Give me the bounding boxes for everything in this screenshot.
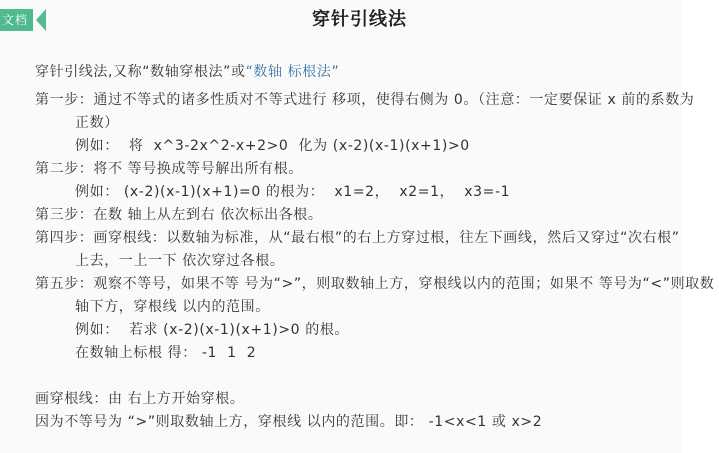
doc-line: 轴下方，穿根线 以内的范围。 [75,296,719,319]
doc-line: 正数） [75,112,719,135]
text-segment: 例如： 将 x^3-2x^2-x+2>0 化为 (x-2)(x-1)(x+1)>… [75,138,470,154]
text-segment: 穿针引线法,又称“数轴穿根法”或 [35,64,246,80]
doc-line: 第四步：画穿根线：以数轴为标准，从“最右根”的右上方穿过根，往左下画线，然后又穿… [35,227,719,250]
doc-line: 第二步：将不 等号换成等号解出所有根。 [35,158,719,181]
page-title: 穿针引线法 [0,0,719,31]
doc-line: 画穿根线：由 右上方开始穿根。 [35,388,719,411]
text-segment: 例如： 若求 (x-2)(x-1)(x+1)>0 的根。 [75,322,349,338]
doc-line: 例如： (x-2)(x-1)(x+1)=0 的根为： x1=2， x2=1， x… [75,181,719,204]
document-ribbon-badge: 文档 [0,9,46,31]
doc-line: 例如： 将 x^3-2x^2-x+2>0 化为 (x-2)(x-1)(x+1)>… [75,135,719,158]
document-body: 穿针引线法,又称“数轴穿根法”或“数轴 标根法”第一步：通过不等式的诸多性质对不… [0,61,719,434]
text-segment: 上去，一上一下 依次穿过各根。 [75,253,284,269]
ribbon-tail-icon [36,9,46,31]
highlighted-term: “数轴 标根法” [246,64,340,80]
screen: 文档 穿针引线法 穿针引线法,又称“数轴穿根法”或“数轴 标根法”第一步：通过不… [0,0,719,453]
doc-line: 在数轴上标根 得： -1 1 2 [75,342,719,365]
doc-line: 因为不等号为 “>”则取数轴上方，穿根线 以内的范围。即： -1<x<1 或 x… [35,411,719,434]
doc-line: 例如： 若求 (x-2)(x-1)(x+1)>0 的根。 [75,319,719,342]
badge-label: 文档 [0,9,33,31]
doc-line: 穿针引线法,又称“数轴穿根法”或“数轴 标根法” [35,61,719,84]
text-segment: 第四步：画穿根线：以数轴为标准，从“最右根”的右上方穿过根，往左下画线，然后又穿… [35,230,680,246]
text-segment: 例如： (x-2)(x-1)(x+1)=0 的根为： x1=2， x2=1， x… [75,184,510,200]
doc-line: 第一步：通过不等式的诸多性质对不等式进行 移项，使得右侧为 0。（注意：一定要保… [35,89,719,112]
text-segment: 画穿根线：由 右上方开始穿根。 [35,391,244,407]
text-segment: 第一步：通过不等式的诸多性质对不等式进行 移项，使得右侧为 0。（注意：一定要保… [35,92,694,108]
text-segment: 第五步：观察不等号，如果不等 号为“>”，则取数轴上方，穿根线以内的范围；如果不… [35,276,714,292]
doc-line: 第三步：在数 轴上从左到右 依次标出各根。 [35,204,719,227]
text-segment: 在数轴上标根 得： -1 1 2 [75,345,256,361]
doc-line [35,365,719,388]
text-segment: 正数） [75,115,119,131]
doc-line: 第五步：观察不等号，如果不等 号为“>”，则取数轴上方，穿根线以内的范围；如果不… [35,273,719,296]
doc-line: 上去，一上一下 依次穿过各根。 [75,250,719,273]
text-segment: 第三步：在数 轴上从左到右 依次标出各根。 [35,207,323,223]
text-segment: 第二步：将不 等号换成等号解出所有根。 [35,161,303,177]
text-segment: 轴下方，穿根线 以内的范围。 [75,299,270,315]
text-segment: 因为不等号为 “>”则取数轴上方，穿根线 以内的范围。即： -1<x<1 或 x… [35,414,542,430]
